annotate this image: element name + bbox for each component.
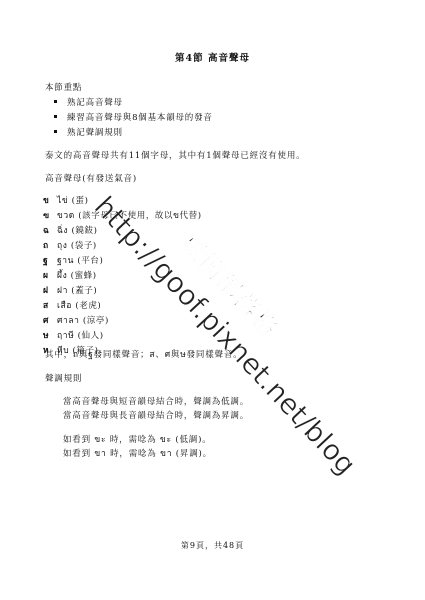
word-meaning: (袋子) [71, 241, 97, 251]
word-meaning: (蓋子) [71, 286, 97, 296]
example-word: ไข่ [57, 196, 68, 206]
consonant-row: ฐฐาน (平台) [43, 253, 103, 267]
word-meaning: (鐃鈸) [71, 226, 97, 236]
example-word: ผึ้ง [57, 271, 67, 281]
consonant-letter: ศ [43, 313, 57, 327]
key-point-item: 練習高音聲母與8個基本韻母的發音 [67, 111, 213, 123]
consonant-letter: ฃ [43, 208, 57, 222]
word-meaning: (平台) [77, 256, 103, 266]
example-word: ฝา [57, 286, 68, 296]
consonant-row: ผผึ้ง (蜜蜂) [43, 268, 97, 282]
same-sound-note: 其中，ถ與ฐ發同樣聲音；ส、ศ與ษ發同樣聲音。 [45, 347, 242, 361]
consonant-row: ศศาลา (涼亭) [43, 313, 109, 327]
consonant-heading: 高音聲母(有發送氣音) [45, 172, 137, 184]
example-word: ฉิ่ง [57, 226, 68, 236]
consonant-letter: ษ [43, 328, 57, 342]
word-meaning: (蛋) [72, 196, 89, 206]
consonant-row: ถถุง (袋子) [43, 238, 97, 252]
consonant-row: ขไข่ (蛋) [43, 193, 89, 207]
document-page: 第4節 高音聲母 本節重點 熟記高音聲母 練習高音聲母與8個基本韻母的發音 熟記… [0, 0, 425, 600]
consonant-letter: ถ [43, 238, 57, 252]
page-footer: 第9頁，共48頁 [0, 540, 425, 551]
word-meaning: (蜜蜂) [71, 271, 97, 281]
tone-example: 如看到 ขา 時，需唸為 ขา (昇調)。 [63, 446, 212, 460]
word-meaning: (涼亭) [83, 316, 109, 326]
example-word: ศาลา [57, 316, 80, 326]
intro-paragraph: 泰文的高音聲母共有11個字母，其中有1個聲母已經沒有使用。 [45, 149, 305, 161]
consonant-row: สเสือ (老虎) [43, 298, 101, 312]
example-word: ถุง [57, 241, 68, 251]
tone-rule: 當高音聲母與短音韻母結合時，聲調為低調。 [63, 395, 249, 407]
example-word: ฐาน [57, 256, 74, 266]
consonant-letter: ส [43, 298, 57, 312]
section-title: 第4節 高音聲母 [0, 50, 425, 64]
consonant-row: ฉฉิ่ง (鐃鈸) [43, 223, 98, 237]
consonant-letter: ฐ [43, 253, 57, 267]
example-word: ขวด [57, 211, 75, 221]
consonant-letter: ข [43, 193, 57, 207]
tone-rules-heading: 聲調規則 [45, 372, 82, 384]
example-word: เสือ [57, 301, 72, 311]
example-word: ฤาษี [57, 331, 74, 341]
consonant-row: ฝฝา (蓋子) [43, 283, 97, 297]
key-point-item: 熟記高音聲母 [67, 96, 123, 108]
consonant-letter: ผ [43, 268, 57, 282]
word-meaning: (老虎) [75, 301, 101, 311]
consonant-letter: ฝ [43, 283, 57, 297]
tone-rule: 當高音聲母與長音韻母結合時，聲調為昇調。 [63, 409, 249, 421]
key-point-item: 熟記聲調規則 [67, 126, 123, 138]
tone-example: 如看到 ขะ 時，需唸為 ขะ (低調)。 [63, 432, 212, 446]
word-meaning: (該字母已不使用，故以ข代替) [78, 211, 201, 221]
consonant-row: ษฤาษี (仙人) [43, 328, 104, 342]
word-meaning: (仙人) [78, 331, 104, 341]
watermark-blog-name: 極簡部落格 [174, 225, 288, 344]
key-points-heading: 本節重點 [45, 81, 82, 93]
consonant-row: ฃขวด (該字母已不使用，故以ข代替) [43, 208, 202, 222]
consonant-letter: ฉ [43, 223, 57, 237]
